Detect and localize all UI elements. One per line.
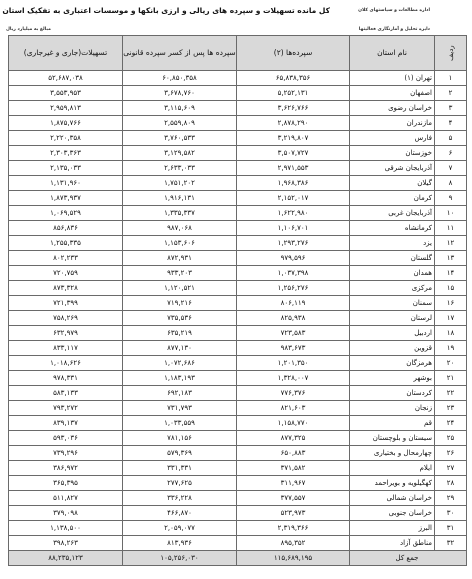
province-name: لرستان (350, 311, 435, 326)
deposits-value: ۷۲۳,۵۸۳ (237, 326, 350, 341)
loans-value: ۲,۹۵۹,۸۱۳ (9, 101, 123, 116)
table-row: ۲۹خراسان شمالی۳۷۷,۵۵۷۳۳۶,۲۲۸۵۱۱,۸۲۷ (9, 491, 467, 506)
table-row: ۱۹قزوین۹۸۳,۶۷۳۸۷۷,۱۳۰۸۳۳,۱۱۷ (9, 341, 467, 356)
loans-value: ۵۲,۶۸۷,۰۳۸ (9, 71, 123, 86)
row-number: ۱۱ (435, 221, 467, 236)
province-name: خوزستان (350, 146, 435, 161)
deposits-net-value: ۲۷۷,۶۲۵ (123, 476, 237, 491)
table-row: ۲۲کردستان۷۷۶,۳۷۶۶۹۲,۱۸۳۵۸۳,۱۳۳ (9, 386, 467, 401)
loans-value: ۳,۵۵۳,۹۵۳ (9, 86, 123, 101)
deposits-net-value: ۱,۱۸۳,۱۹۳ (123, 371, 237, 386)
deposits-net-value: ۲,۵۵۹,۸۰۹ (123, 116, 237, 131)
province-name: اصفهان (350, 86, 435, 101)
header-row-number: ردیف (435, 36, 467, 71)
footnote (8, 574, 466, 577)
deposits-value: ۸۹۵,۳۵۲ (237, 536, 350, 551)
loans-value: ۱,۱۳۱,۹۶۰ (9, 176, 123, 191)
loans-value: ۷۲۱,۳۹۹ (9, 296, 123, 311)
table-row: ۱۳گلستان۹۷۹,۵۹۶۸۷۲,۹۳۱۸۰۲,۲۳۳ (9, 251, 467, 266)
loans-value: ۲,۱۳۵,۰۳۳ (9, 161, 123, 176)
row-number: ۲۲ (435, 386, 467, 401)
province-name: یزد (350, 236, 435, 251)
header-deposits: سپرده‌ها (۲) (237, 36, 350, 71)
table-row: ۳۰خراسان جنوبی۵۲۳,۹۷۳۴۶۶,۸۷۰۳۷۹,۰۹۸ (9, 506, 467, 521)
table-row: ۱۸اردبیل۷۲۳,۵۸۳۶۳۵,۲۱۹۶۳۲,۹۷۹ (9, 326, 467, 341)
row-number: ۳ (435, 101, 467, 116)
row-number: ۲۸ (435, 476, 467, 491)
table-row: ۱۷لرستان۸۲۵,۹۳۸۷۳۵,۵۳۶۷۵۸,۲۶۹ (9, 311, 467, 326)
row-number: ۸ (435, 176, 467, 191)
deposits-value: ۱,۲۰۱,۳۵۰ (237, 356, 350, 371)
loans-value: ۳۷۹,۰۹۸ (9, 506, 123, 521)
table-row: ۱تهران (۱)۶۵,۸۳۸,۳۵۶۶۰,۸۵۰,۳۵۸۵۲,۶۸۷,۰۳۸ (9, 71, 467, 86)
table-row: ۶خوزستان۳,۵۰۷,۷۲۷۳,۱۲۹,۵۸۲۲,۳۰۳,۳۶۳ (9, 146, 467, 161)
document-title: کل مانده تسهیلات و سپرده های ریالی و ارز… (40, 6, 330, 15)
row-number: ۱۳ (435, 251, 467, 266)
deposits-net-value: ۳۳۶,۲۲۸ (123, 491, 237, 506)
table-row: ۸گیلان۱,۹۶۸,۳۸۶۱,۷۵۱,۲۰۲۱,۱۳۱,۹۶۰ (9, 176, 467, 191)
row-number: ۲۳ (435, 401, 467, 416)
loans-value: ۷۵۸,۲۶۹ (9, 311, 123, 326)
deposits-value: ۱,۶۲۲,۹۸۰ (237, 206, 350, 221)
row-number: ۹ (435, 191, 467, 206)
loans-value: ۳۸۶,۹۷۲ (9, 461, 123, 476)
total-deposits-net: ۱۰۵,۲۵۶,۰۳۰ (123, 551, 237, 566)
row-number: ۴ (435, 116, 467, 131)
deposits-net-value: ۷۱۹,۲۱۶ (123, 296, 237, 311)
deposits-net-value: ۷۸۱,۱۵۶ (123, 431, 237, 446)
row-number: ۱۶ (435, 296, 467, 311)
deposits-value: ۳,۶۲۶,۷۶۶ (237, 101, 350, 116)
province-name: ایلام (350, 461, 435, 476)
deposits-net-value: ۸۷۷,۱۳۰ (123, 341, 237, 356)
loans-value: ۲,۳۰۳,۳۶۳ (9, 146, 123, 161)
deposits-net-value: ۴۶۶,۸۷۰ (123, 506, 237, 521)
row-number: ۱ (435, 71, 467, 86)
deposits-net-value: ۳,۱۱۵,۶۰۹ (123, 101, 237, 116)
deposits-net-value: ۳,۶۷۸,۷۶۰ (123, 86, 237, 101)
row-number: ۷ (435, 161, 467, 176)
deposits-value: ۱,۱۵۸,۷۷۰ (237, 416, 350, 431)
header-loans: تسهیلات(جاری و غیرجاری) (9, 36, 123, 71)
loans-value: ۱,۰۱۸,۶۲۶ (9, 356, 123, 371)
department-name: دایره تحلیل و آمارنگاری فعالیتها (359, 27, 430, 32)
row-number: ۲۶ (435, 446, 467, 461)
deposits-net-value: ۱,۱۵۳,۶۰۶ (123, 236, 237, 251)
total-loans: ۸۸,۲۳۵,۱۲۳ (9, 551, 123, 566)
row-number: ۳۱ (435, 521, 467, 536)
province-name: البرز (350, 521, 435, 536)
loans-value: ۱,۲۵۵,۳۳۵ (9, 236, 123, 251)
loans-value: ۳۹۸,۲۶۳ (9, 536, 123, 551)
table-row: ۱۰آذربایجان غربی۱,۶۲۲,۹۸۰۱,۳۳۵,۳۳۷۱,۰۶۹,… (9, 206, 467, 221)
loans-value: ۵۱۱,۸۲۷ (9, 491, 123, 506)
loans-value: ۸۵۶,۸۳۶ (9, 221, 123, 236)
deposits-net-value: ۷۳۱,۷۹۳ (123, 401, 237, 416)
loans-value: ۹۷۸,۳۳۱ (9, 371, 123, 386)
deposits-value: ۸۲۱,۶۰۳ (237, 401, 350, 416)
table-row: ۲۳زنجان۸۲۱,۶۰۳۷۳۱,۷۹۳۷۹۳,۲۷۲ (9, 401, 467, 416)
deposits-value: ۱,۰۳۷,۳۹۸ (237, 266, 350, 281)
deposits-value: ۵,۲۵۲,۱۳۱ (237, 86, 350, 101)
province-name: کهگیلویه و بویراحمد (350, 476, 435, 491)
loans-value: ۶۳۲,۹۷۹ (9, 326, 123, 341)
table-row: ۲۰هرمزگان۱,۲۰۱,۳۵۰۱,۰۷۲,۶۸۶۱,۰۱۸,۶۲۶ (9, 356, 467, 371)
deposits-net-value: ۶۹۲,۱۸۳ (123, 386, 237, 401)
total-deposits: ۱۱۵,۶۸۹,۱۹۵ (237, 551, 350, 566)
row-number: ۶ (435, 146, 467, 161)
row-number: ۱۹ (435, 341, 467, 356)
row-number: ۵ (435, 131, 467, 146)
deposits-net-value: ۱,۱۲۰,۵۲۱ (123, 281, 237, 296)
row-number: ۲۴ (435, 416, 467, 431)
table-row: ۲اصفهان۵,۲۵۲,۱۳۱۳,۶۷۸,۷۶۰۳,۵۵۳,۹۵۳ (9, 86, 467, 101)
province-name: خراسان جنوبی (350, 506, 435, 521)
deposits-net-value: ۵۷۹,۳۶۹ (123, 446, 237, 461)
table-row: ۱۴همدان۱,۰۳۷,۳۹۸۹۳۳,۲۰۳۷۲۰,۷۵۹ (9, 266, 467, 281)
deposits-net-value: ۳,۱۲۹,۵۸۲ (123, 146, 237, 161)
table-row: ۵فارس۳,۲۱۹,۸۰۷۳,۷۶۰,۵۳۳۲,۲۲۰,۳۵۸ (9, 131, 467, 146)
deposits-net-value: ۱,۷۵۱,۲۰۲ (123, 176, 237, 191)
deposits-value: ۹۷۹,۵۹۶ (237, 251, 350, 266)
row-number: ۱۲ (435, 236, 467, 251)
row-number: ۱۴ (435, 266, 467, 281)
deposits-value: ۸۲۵,۹۳۸ (237, 311, 350, 326)
deposits-value: ۶۵,۸۳۸,۳۵۶ (237, 71, 350, 86)
province-name: کرمانشاه (350, 221, 435, 236)
deposits-value: ۳۷۷,۵۵۷ (237, 491, 350, 506)
deposits-net-value: ۱,۰۳۳,۵۵۹ (123, 416, 237, 431)
table-row: ۱۱کرمانشاه۱,۱۰۶,۷۰۱۹۸۷,۰۶۸۸۵۶,۸۳۶ (9, 221, 467, 236)
deposits-value: ۱,۲۵۶,۲۷۶ (237, 281, 350, 296)
deposits-net-value: ۳,۷۶۰,۵۳۳ (123, 131, 237, 146)
province-name: مناطق آزاد (350, 536, 435, 551)
deposits-value: ۹۸۳,۶۷۳ (237, 341, 350, 356)
row-number: ۳۰ (435, 506, 467, 521)
org-name: اداره مطالعات و سیاستهای کلان (358, 8, 430, 13)
row-number: ۱۸ (435, 326, 467, 341)
province-name: کرمان (350, 191, 435, 206)
deposits-net-value: ۱,۰۷۲,۶۸۶ (123, 356, 237, 371)
deposits-net-value: ۶۳۵,۲۱۹ (123, 326, 237, 341)
table-row: ۱۵مرکزی۱,۲۵۶,۲۷۶۱,۱۲۰,۵۲۱۸۷۳,۳۲۸ (9, 281, 467, 296)
table-row: ۲۱بوشهر۱,۳۲۸,۰۰۷۱,۱۸۳,۱۹۳۹۷۸,۳۳۱ (9, 371, 467, 386)
row-number: ۱۷ (435, 311, 467, 326)
province-name: خراسان شمالی (350, 491, 435, 506)
province-name: اردبیل (350, 326, 435, 341)
deposits-value: ۱,۲۹۳,۲۷۶ (237, 236, 350, 251)
province-name: هرمزگان (350, 356, 435, 371)
deposits-net-value: ۸۷۲,۹۳۱ (123, 251, 237, 266)
loans-value: ۷۹۳,۲۷۲ (9, 401, 123, 416)
loans-value: ۸۷۳,۳۲۸ (9, 281, 123, 296)
row-number: ۲۱ (435, 371, 467, 386)
row-number: ۲۹ (435, 491, 467, 506)
deposits-net-value: ۹۳۳,۲۰۳ (123, 266, 237, 281)
deposits-value: ۳,۵۰۷,۷۲۷ (237, 146, 350, 161)
province-name: چهارمحال و بختیاری (350, 446, 435, 461)
table-row: ۲۶چهارمحال و بختیاری۶۵۰,۸۸۳۵۷۹,۳۶۹۷۳۹,۲۹… (9, 446, 467, 461)
row-number: ۳۲ (435, 536, 467, 551)
province-name: زنجان (350, 401, 435, 416)
loans-value: ۱,۸۷۳,۹۳۷ (9, 191, 123, 206)
deposits-value: ۲,۳۱۹,۳۶۶ (237, 521, 350, 536)
row-number: ۱۰ (435, 206, 467, 221)
province-name: مازندران (350, 116, 435, 131)
deposits-net-value: ۸۱۳,۹۳۶ (123, 536, 237, 551)
deposits-net-value: ۶۰,۸۵۰,۳۵۸ (123, 71, 237, 86)
table-row: ۳۲مناطق آزاد۸۹۵,۳۵۲۸۱۳,۹۳۶۳۹۸,۲۶۳ (9, 536, 467, 551)
province-name: قزوین (350, 341, 435, 356)
deposits-value: ۵۲۳,۹۷۳ (237, 506, 350, 521)
province-name: گیلان (350, 176, 435, 191)
table-row: ۱۲یزد۱,۲۹۳,۲۷۶۱,۱۵۳,۶۰۶۱,۲۵۵,۳۳۵ (9, 236, 467, 251)
total-row: جمع کل ۱۱۵,۶۸۹,۱۹۵ ۱۰۵,۲۵۶,۰۳۰ ۸۸,۲۳۵,۱۲… (9, 551, 467, 566)
table-row: ۹کرمان۲,۱۵۲,۰۱۷۱,۹۱۶,۱۳۱۱,۸۷۳,۹۳۷ (9, 191, 467, 206)
deposits-value: ۸۷۷,۳۲۵ (237, 431, 350, 446)
table-row: ۲۵سیستان و بلوچستان۸۷۷,۳۲۵۷۸۱,۱۵۶۵۹۳,۰۳۶ (9, 431, 467, 446)
province-name: آذربایجان غربی (350, 206, 435, 221)
loans-value: ۷۲۰,۷۵۹ (9, 266, 123, 281)
loans-value: ۱,۰۶۹,۵۲۹ (9, 206, 123, 221)
deposits-value: ۷۷۶,۳۷۶ (237, 386, 350, 401)
deposits-value: ۲,۱۵۲,۰۱۷ (237, 191, 350, 206)
table-row: ۴مازندران۲,۸۷۸,۲۹۰۲,۵۵۹,۸۰۹۱,۸۷۵,۷۶۶ (9, 116, 467, 131)
deposits-net-value: ۲,۶۳۳,۰۳۳ (123, 161, 237, 176)
loans-value: ۲,۲۲۰,۳۵۸ (9, 131, 123, 146)
table-row: ۷آذربایجان شرقی۲,۹۷۱,۵۵۳۲,۶۳۳,۰۳۳۲,۱۳۵,۰… (9, 161, 467, 176)
deposits-value: ۸۰۶,۱۱۹ (237, 296, 350, 311)
row-number: ۱۵ (435, 281, 467, 296)
deposits-net-value: ۹۸۷,۰۶۸ (123, 221, 237, 236)
deposits-net-value: ۱,۹۱۶,۱۳۱ (123, 191, 237, 206)
loans-value: ۵۹۳,۰۳۶ (9, 431, 123, 446)
loans-value: ۵۸۳,۱۳۳ (9, 386, 123, 401)
total-label: جمع کل (350, 551, 467, 566)
deposits-net-value: ۲,۰۵۹,۰۷۷ (123, 521, 237, 536)
table-row: ۳خراسان رضوی۳,۶۲۶,۷۶۶۳,۱۱۵,۶۰۹۲,۹۵۹,۸۱۳ (9, 101, 467, 116)
header-province: نام استان (350, 36, 435, 71)
province-name: همدان (350, 266, 435, 281)
row-number: ۲۵ (435, 431, 467, 446)
header-deposits-net: سپرده ها پس از کسر سپرده قانونی (123, 36, 237, 71)
province-name: قم (350, 416, 435, 431)
loans-value: ۸۳۹,۱۳۷ (9, 416, 123, 431)
province-name: خراسان رضوی (350, 101, 435, 116)
province-name: آذربایجان شرقی (350, 161, 435, 176)
deposits-value: ۳,۲۱۹,۸۰۷ (237, 131, 350, 146)
province-name: گلستان (350, 251, 435, 266)
loans-value: ۸۰۲,۲۳۳ (9, 251, 123, 266)
row-number: ۲ (435, 86, 467, 101)
loans-value: ۸۳۳,۱۱۷ (9, 341, 123, 356)
table-row: ۱۶سمنان۸۰۶,۱۱۹۷۱۹,۲۱۶۷۲۱,۳۹۹ (9, 296, 467, 311)
row-number: ۲۷ (435, 461, 467, 476)
table-row: ۳۱البرز۲,۳۱۹,۳۶۶۲,۰۵۹,۰۷۷۱,۱۳۸,۵۰۰ (9, 521, 467, 536)
loans-value: ۱,۸۷۵,۷۶۶ (9, 116, 123, 131)
province-name: کردستان (350, 386, 435, 401)
province-name: مرکزی (350, 281, 435, 296)
province-name: فارس (350, 131, 435, 146)
loans-value: ۳۶۵,۳۹۵ (9, 476, 123, 491)
row-number: ۲۰ (435, 356, 467, 371)
table-header-row: ردیف نام استان سپرده‌ها (۲) سپرده ها پس … (9, 36, 467, 71)
deposits-value: ۳۱۱,۹۶۷ (237, 476, 350, 491)
table-row: ۲۴قم۱,۱۵۸,۷۷۰۱,۰۳۳,۵۵۹۸۳۹,۱۳۷ (9, 416, 467, 431)
deposits-net-value: ۳۳۱,۳۳۱ (123, 461, 237, 476)
deposits-value: ۱,۹۶۸,۳۸۶ (237, 176, 350, 191)
province-name: تهران (۱) (350, 71, 435, 86)
loans-value: ۷۳۹,۲۹۶ (9, 446, 123, 461)
table-row: ۲۷ایلام۳۷۱,۵۸۲۳۳۱,۳۳۱۳۸۶,۹۷۲ (9, 461, 467, 476)
table-row: ۲۸کهگیلویه و بویراحمد۳۱۱,۹۶۷۲۷۷,۶۲۵۳۶۵,۳… (9, 476, 467, 491)
deposits-value: ۲,۹۷۱,۵۵۳ (237, 161, 350, 176)
province-name: بوشهر (350, 371, 435, 386)
province-name: سیستان و بلوچستان (350, 431, 435, 446)
deposits-net-value: ۷۳۵,۵۳۶ (123, 311, 237, 326)
deposits-value: ۲,۸۷۸,۲۹۰ (237, 116, 350, 131)
deposits-value: ۱,۱۰۶,۷۰۱ (237, 221, 350, 236)
deposits-net-value: ۱,۳۳۵,۳۳۷ (123, 206, 237, 221)
province-name: سمنان (350, 296, 435, 311)
deposits-value: ۳۷۱,۵۸۲ (237, 461, 350, 476)
province-deposits-loans-table: ردیف نام استان سپرده‌ها (۲) سپرده ها پس … (8, 35, 467, 566)
deposits-value: ۶۵۰,۸۸۳ (237, 446, 350, 461)
loans-value: ۱,۱۳۸,۵۰۰ (9, 521, 123, 536)
deposits-value: ۱,۳۲۸,۰۰۷ (237, 371, 350, 386)
unit-note: مبالغ به میلیارد ریال (6, 27, 51, 32)
